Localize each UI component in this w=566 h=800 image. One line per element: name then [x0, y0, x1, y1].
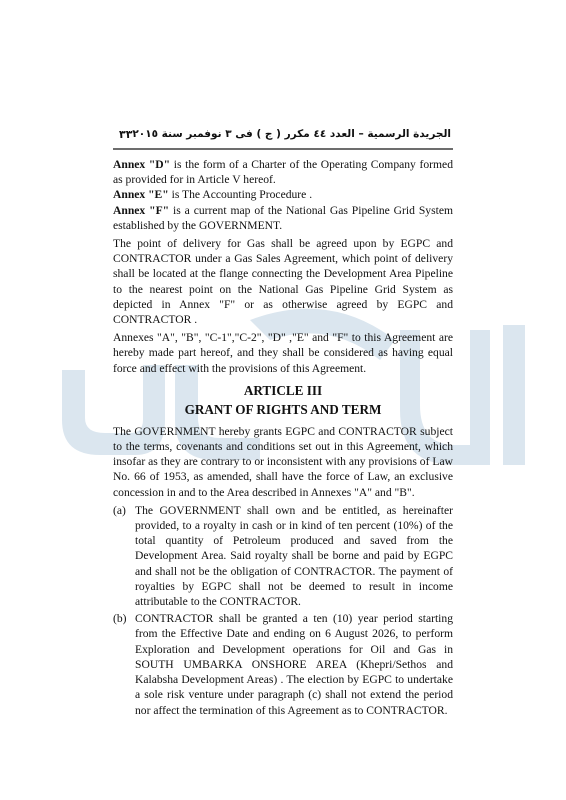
- list-marker: (b): [113, 611, 135, 717]
- gazette-title: الجريدة الرسمية – العدد ٤٤ مكرر ( ج ) فى…: [132, 128, 451, 140]
- document-body: Annex "D" is the form of a Charter of th…: [113, 157, 453, 720]
- page-header: ٣٣ الجريدة الرسمية – العدد ٤٤ مكرر ( ج )…: [113, 128, 453, 150]
- list-item: (b) CONTRACTOR shall be granted a ten (1…: [113, 611, 453, 717]
- list-item-text: The GOVERNMENT shall own and be entitled…: [135, 503, 453, 609]
- article-intro: The GOVERNMENT hereby grants EGPC and CO…: [113, 424, 453, 500]
- annex-d: Annex "D" is the form of a Charter of th…: [113, 157, 453, 187]
- annex-text: is The Accounting Procedure .: [169, 188, 312, 201]
- annex-label: Annex "D": [113, 158, 170, 171]
- page-number: ٣٣: [119, 128, 132, 141]
- delivery-point-paragraph: The point of delivery for Gas shall be a…: [113, 236, 453, 327]
- annexes-part-paragraph: Annexes "A", "B", "C-1","C-2", "D" ,"E" …: [113, 330, 453, 376]
- annex-e: Annex "E" is The Accounting Procedure .: [113, 187, 453, 202]
- annex-label: Annex "E": [113, 188, 169, 201]
- list-item: (a) The GOVERNMENT shall own and be enti…: [113, 503, 453, 609]
- annex-f: Annex "F" is a current map of the Nation…: [113, 203, 453, 233]
- annex-label: Annex "F": [113, 204, 169, 217]
- list-item-text: CONTRACTOR shall be granted a ten (10) y…: [135, 611, 453, 717]
- list-marker: (a): [113, 503, 135, 609]
- article-number: ARTICLE III: [113, 382, 453, 400]
- article-title: GRANT OF RIGHTS AND TERM: [113, 400, 453, 420]
